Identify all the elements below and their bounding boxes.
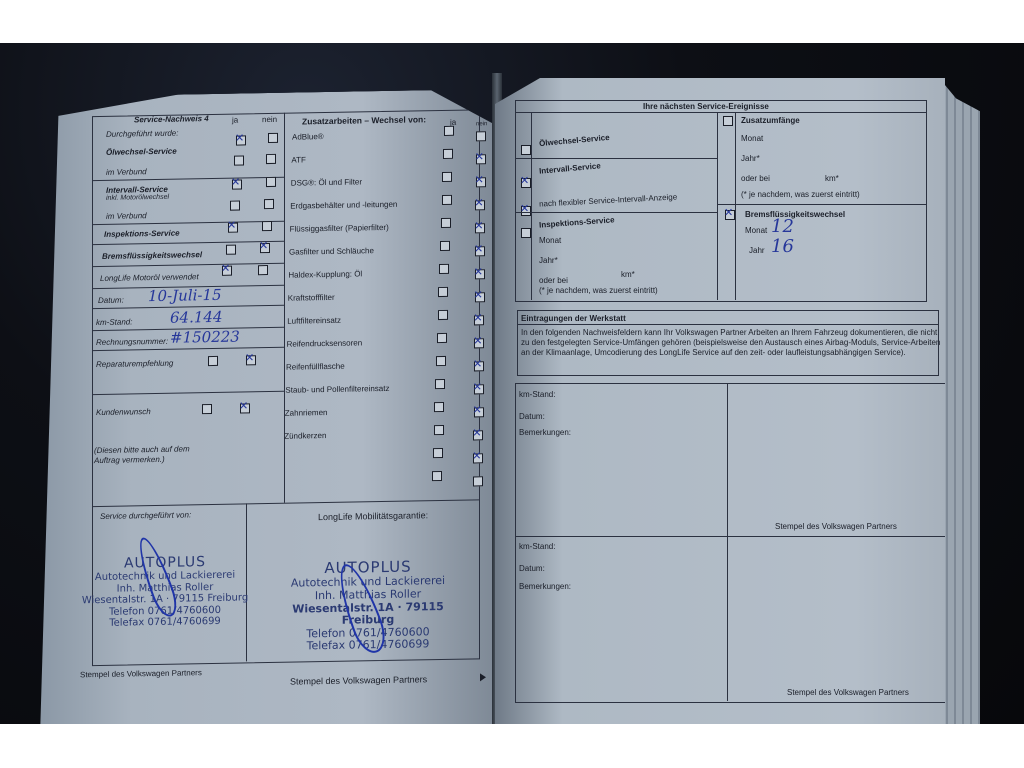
km-value: 64.144 <box>170 308 223 327</box>
checkbox-verbund1-ja[interactable] <box>234 155 244 165</box>
entry1-datum-label: Datum: <box>519 412 545 421</box>
extra-checkbox-ja[interactable] <box>444 126 454 136</box>
service-verbund-2: im Verbund <box>106 211 147 221</box>
checkbox-reparatur-nein[interactable] <box>246 355 256 365</box>
checkbox-interval-nein[interactable] <box>266 177 276 187</box>
stamp-caption-2: Stempel des Volkswagen Partners <box>290 674 427 686</box>
next-page-arrow-icon <box>480 673 486 681</box>
entry2-km-label: km-Stand: <box>519 542 555 551</box>
zusatz-oder-bei: oder bei <box>741 174 770 183</box>
service-brake: Bremsflüssigkeitswechsel <box>102 250 202 261</box>
extra-item-label: Reifendrucksensoren <box>287 338 363 348</box>
kundenwunsch-note: (Diesen bitte auch auf dem Auftrag verme… <box>94 444 204 466</box>
extra-checkbox-ja[interactable] <box>433 448 443 458</box>
extra-checkbox-nein[interactable] <box>475 292 485 302</box>
performed-label: Durchgeführt wurde: <box>106 129 178 139</box>
extra-checkbox-nein[interactable] <box>475 269 485 279</box>
rechnung-label: Rechnungsnummer: <box>96 337 168 347</box>
extra-checkbox-ja[interactable] <box>435 379 445 389</box>
extra-checkbox-ja[interactable] <box>442 195 452 205</box>
kundenwunsch-label: Kundenwunsch <box>96 407 151 417</box>
zusatz-jahr-label: Jahr* <box>741 154 760 163</box>
longlife-oil: LongLife Motoröl verwendet <box>100 272 199 283</box>
extra-item-label: Gasfilter und Schläuche <box>289 246 374 256</box>
extra-checkbox-ja[interactable] <box>438 287 448 297</box>
service-by-label: Service durchgeführt von: <box>100 510 191 521</box>
extra-checkbox-nein[interactable] <box>476 154 486 164</box>
service-interval-sub: inkl. Motorölwechsel <box>106 194 169 202</box>
extra-checkbox-ja[interactable] <box>438 310 448 320</box>
checkbox-brake-next[interactable] <box>725 210 735 220</box>
entry2-datum-label: Datum: <box>519 564 545 573</box>
extra-item-label: Zahnriemen <box>285 408 328 418</box>
extra-item-label: Staub- und Pollenfiltereinsatz <box>285 384 389 395</box>
photo: Service-Nachweis 4 ja nein Durchgeführt … <box>0 43 1024 724</box>
extra-checkbox-nein[interactable] <box>474 384 484 394</box>
checkbox-oil-ja[interactable] <box>236 135 246 145</box>
section-title: Service-Nachweis 4 <box>134 114 209 124</box>
brake-jahr-label: Jahr <box>749 246 765 255</box>
zusatz-footnote: (* je nachdem, was zuerst eintritt) <box>741 190 860 199</box>
col-ja: ja <box>232 116 238 125</box>
checkbox-zusatz[interactable] <box>723 116 733 126</box>
workshop-text: In den folgenden Nachweisfeldern kann Ih… <box>521 328 941 358</box>
extra-item-label: AdBlue® <box>292 132 324 142</box>
right-page: Ihre nächsten Service-Ereignisse Ölwechs… <box>495 78 945 724</box>
extra-checkbox-ja[interactable] <box>443 149 453 159</box>
checkbox-next-flexible[interactable] <box>521 206 531 216</box>
checkbox-verbund2-nein[interactable] <box>264 199 274 209</box>
inspection-monat-label: Monat <box>539 236 561 245</box>
entry1-bemerkungen-label: Bemerkungen: <box>519 428 571 437</box>
checkbox-reparatur-ja[interactable] <box>208 356 218 366</box>
rechnung-value: #150223 <box>170 328 240 347</box>
reparatur-label: Reparaturempfehlung <box>96 359 173 369</box>
checkbox-inspection-nein[interactable] <box>262 221 272 231</box>
datum-value: 10-Juli-15 <box>148 286 222 305</box>
inspection-footnote: (* je nachdem, was zuerst eintritt) <box>539 286 658 295</box>
zusatz-monat-label: Monat <box>741 134 763 143</box>
brake-monat-label: Monat <box>745 226 767 235</box>
extra-checkbox-ja[interactable] <box>436 356 446 366</box>
zusatz-label: Zusatzumfänge <box>741 116 800 125</box>
page-edges <box>940 79 980 724</box>
entry2-stamp-caption: Stempel des Volkswagen Partners <box>787 688 909 697</box>
extra-checkbox-ja[interactable] <box>434 425 444 435</box>
checkbox-longlife-ja[interactable] <box>222 266 232 276</box>
extra-item-label: ATF <box>291 155 306 164</box>
extra-checkbox-ja[interactable] <box>432 471 442 481</box>
extra-checkbox-ja[interactable] <box>439 264 449 274</box>
checkbox-next-oil[interactable] <box>521 145 531 155</box>
checkbox-interval-ja[interactable] <box>232 179 242 189</box>
extra-item-label: Kraftstofffilter <box>288 293 335 303</box>
extra-item-label: Flüssiggasfilter (Papierfilter) <box>290 223 389 234</box>
extra-item-label: Zündkerzen <box>284 431 326 441</box>
left-page: Service-Nachweis 4 ja nein Durchgeführt … <box>40 89 500 724</box>
brake-monat-value: 12 <box>771 216 794 237</box>
extra-item-label: Haldex-Kupplung: Öl <box>288 269 362 279</box>
inspection-km-suffix: km* <box>621 270 635 279</box>
extra-checkbox-nein[interactable] <box>473 453 483 463</box>
col-nein: nein <box>262 115 277 124</box>
extras-col-nein: nein <box>476 121 487 127</box>
km-label: km-Stand: <box>96 317 132 327</box>
checkbox-next-interval[interactable] <box>521 178 531 188</box>
service-inspection: Inspektions-Service <box>104 229 180 239</box>
checkbox-brake-nein[interactable] <box>260 243 270 253</box>
checkbox-kundenwunsch-nein[interactable] <box>240 403 250 413</box>
extra-checkbox-ja[interactable] <box>442 172 452 182</box>
extra-checkbox-ja[interactable] <box>437 333 447 343</box>
checkbox-brake-ja[interactable] <box>226 245 236 255</box>
extra-checkbox-nein[interactable] <box>475 223 485 233</box>
extra-checkbox-nein[interactable] <box>474 407 484 417</box>
extra-checkbox-nein[interactable] <box>474 315 484 325</box>
inspection-oder-bei: oder bei <box>539 276 568 285</box>
inspection-jahr-label: Jahr* <box>539 256 558 265</box>
checkbox-verbund1-nein[interactable] <box>266 154 276 164</box>
next-services-header: Ihre nächsten Service-Ereignisse <box>643 102 769 111</box>
service-oil: Ölwechsel-Service <box>106 147 177 157</box>
checkbox-next-inspection[interactable] <box>521 228 531 238</box>
extra-checkbox-ja[interactable] <box>434 402 444 412</box>
extra-checkbox-nein[interactable] <box>475 246 485 256</box>
checkbox-kundenwunsch-ja[interactable] <box>202 404 212 414</box>
extra-item-label: Erdgasbehälter und -leitungen <box>290 200 397 211</box>
workshop-title: Eintragungen der Werkstatt <box>521 314 626 323</box>
extra-checkbox-ja[interactable] <box>441 218 451 228</box>
entry1-stamp-caption: Stempel des Volkswagen Partners <box>775 522 897 531</box>
extra-item-label: DSG®: Öl und Filter <box>291 177 362 187</box>
extra-checkbox-nein[interactable] <box>476 177 486 187</box>
extra-checkbox-nein[interactable] <box>473 476 483 486</box>
brake-jahr-value: 16 <box>771 236 794 257</box>
extra-checkbox-nein[interactable] <box>476 131 486 141</box>
checkbox-inspection-ja[interactable] <box>228 223 238 233</box>
extra-item-label: Reifenfüllflasche <box>286 362 345 372</box>
zusatz-km-suffix: km* <box>825 174 839 183</box>
stamp-caption-1: Stempel des Volkswagen Partners <box>80 668 202 679</box>
extra-checkbox-ja[interactable] <box>440 241 450 251</box>
extra-checkbox-nein[interactable] <box>474 338 484 348</box>
entry2-bemerkungen-label: Bemerkungen: <box>519 582 571 591</box>
extra-checkbox-nein[interactable] <box>473 430 483 440</box>
checkbox-longlife-nein[interactable] <box>258 265 268 275</box>
entry1-km-label: km-Stand: <box>519 390 555 399</box>
extra-checkbox-nein[interactable] <box>474 361 484 371</box>
entries-frame <box>515 383 967 703</box>
service-verbund-1: im Verbund <box>106 167 147 177</box>
extra-item-label: Luftfiltereinsatz <box>287 316 341 326</box>
brake-next-label: Bremsflüssigkeitswechsel <box>745 210 845 219</box>
datum-label: Datum: <box>98 296 124 305</box>
extra-checkbox-nein[interactable] <box>475 200 485 210</box>
longlife-guarantee-label: LongLife Mobilitätsgarantie: <box>318 510 428 522</box>
checkbox-verbund2-ja[interactable] <box>230 201 240 211</box>
checkbox-oil-nein[interactable] <box>268 133 278 143</box>
